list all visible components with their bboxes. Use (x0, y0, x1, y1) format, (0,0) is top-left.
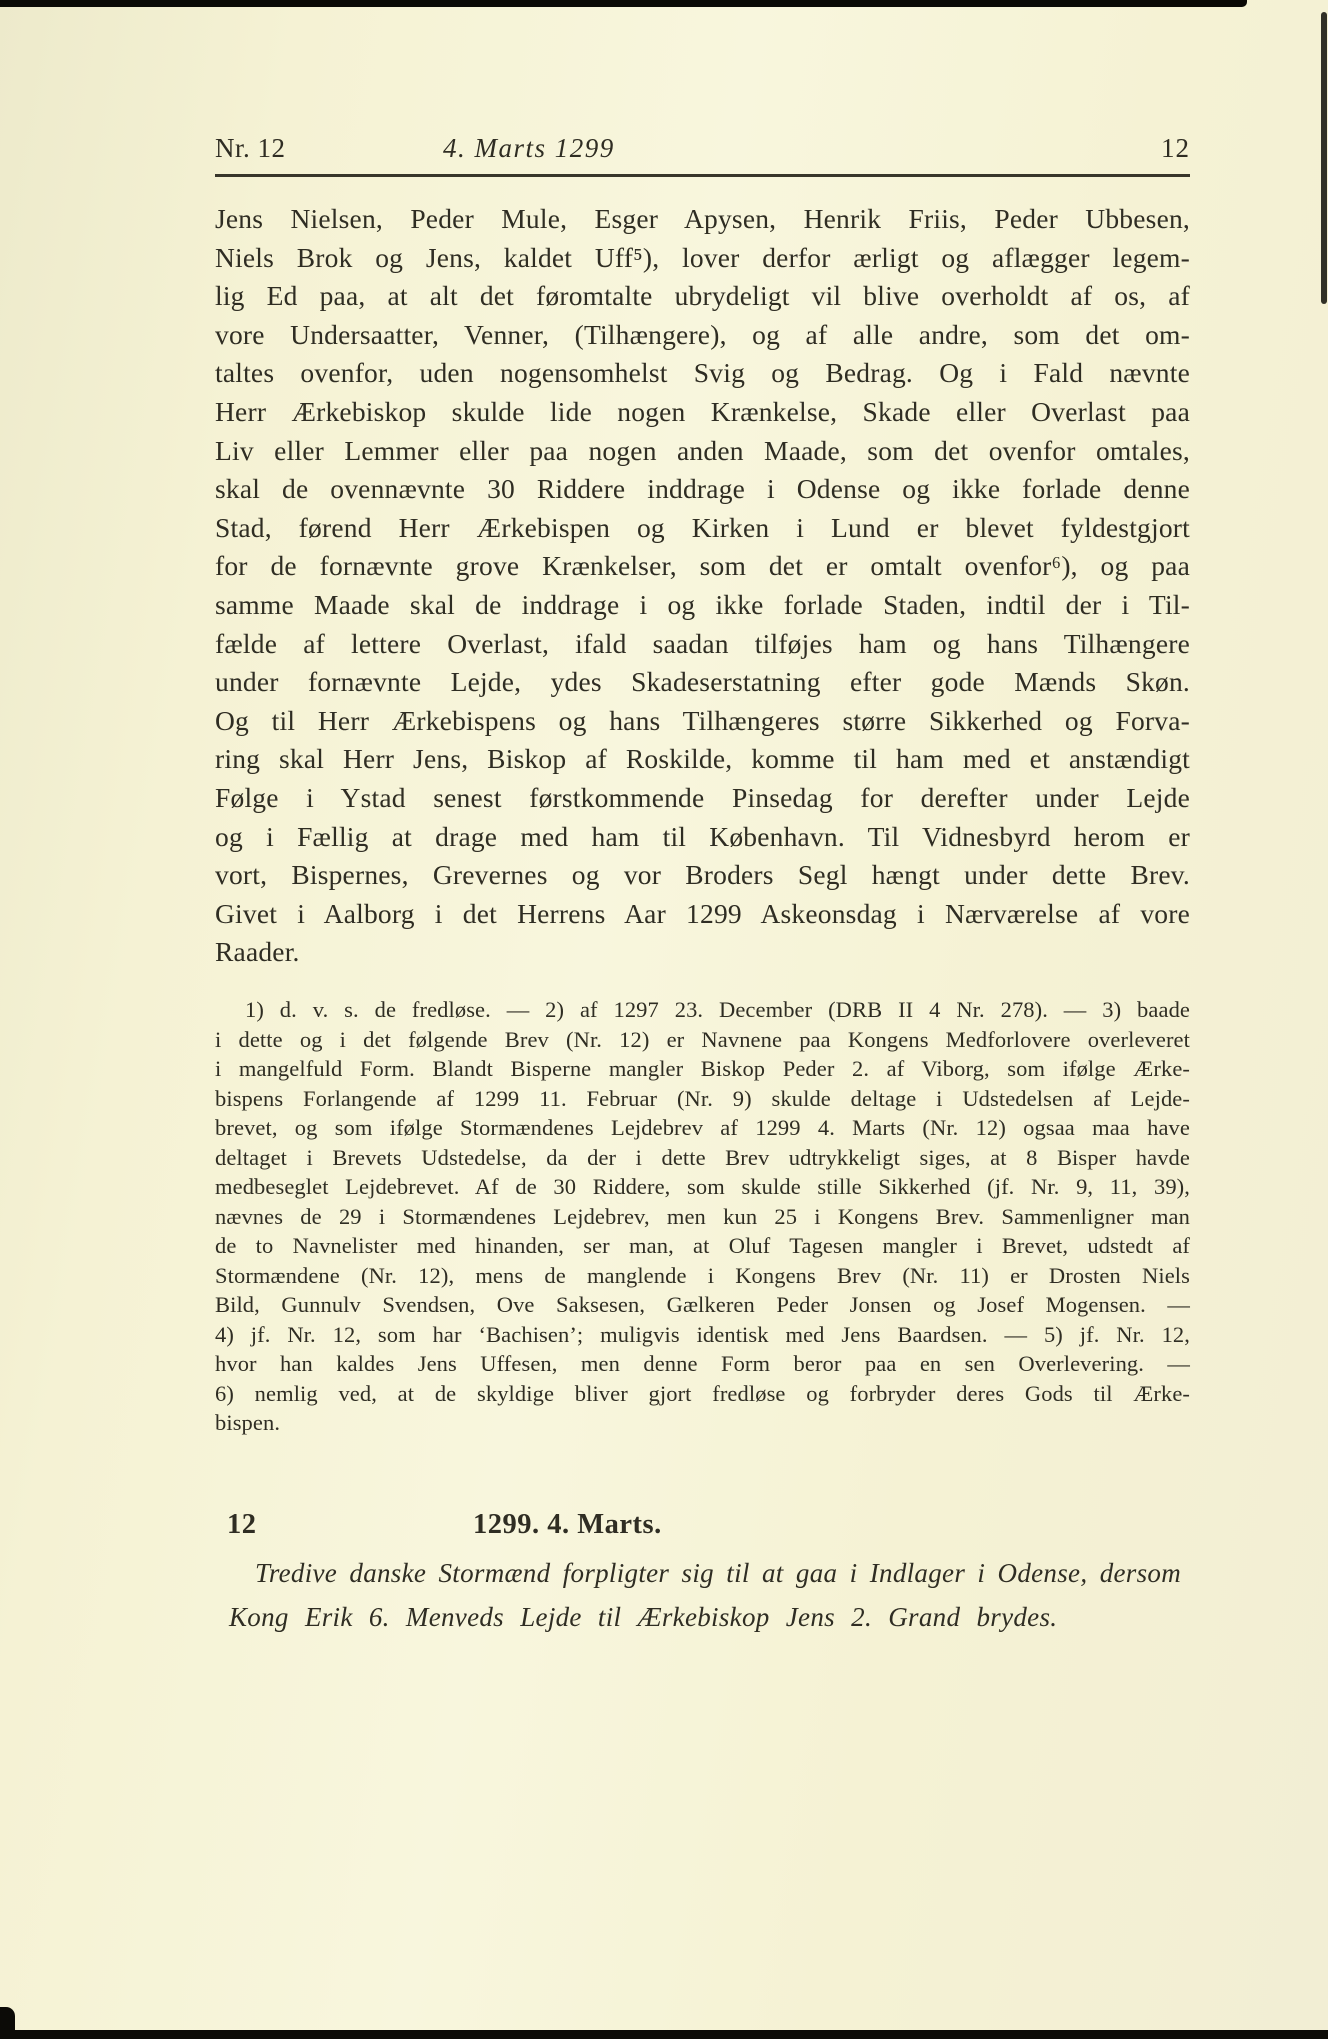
body-line: lig Ed paa, at alt det føromtalte ubryde… (215, 277, 1190, 316)
body-line: Raader. (215, 933, 1190, 972)
footnote-line: deltaget i Brevets Udstedelse, da der i … (215, 1143, 1190, 1173)
footnote-line: bispen. (215, 1408, 1190, 1438)
running-head-date: 4. Marts 1299 (443, 133, 615, 164)
body-line: Stad, førend Herr Ærkebispen og Kirken i… (215, 509, 1190, 548)
body-line: og i Fællig at drage med ham til Københa… (215, 818, 1190, 857)
body-line: Herr Ærkebiskop skulde lide nogen Krænke… (215, 393, 1190, 432)
body-line: Og til Herr Ærkebispens og hans Tilhænge… (215, 702, 1190, 741)
body-line: Givet i Aalborg i det Herrens Aar 1299 A… (215, 895, 1190, 934)
scanned-book-page: Nr. 12 4. Marts 1299 12 Jens Nielsen, Pe… (0, 0, 1328, 2039)
running-head-page-number: 12 (1161, 133, 1190, 164)
footnote-line: Stormændene (Nr. 12), mens de manglende … (215, 1261, 1190, 1291)
body-line: samme Maade skal de inddrage i og ikke f… (215, 586, 1190, 625)
body-line: vore Undersaatter, Venner, (Tilhængere),… (215, 316, 1190, 355)
footnote-line: nævnes de 29 i Stormændenes Lejdebrev, m… (215, 1202, 1190, 1232)
running-head-number: Nr. 12 (215, 133, 286, 164)
entry-heading-row: 12 1299. 4. Marts. (215, 1509, 1190, 1549)
footnote-line: hvor han kaldes Jens Uffesen, men denne … (215, 1349, 1190, 1379)
body-line: taltes ovenfor, uden nogensomhelst Svig … (215, 354, 1190, 393)
footnote-line: i mangelfuld Form. Blandt Bisperne mangl… (215, 1054, 1190, 1084)
footnote-line: 4) jf. Nr. 12, som har ‘Bachisen’; mulig… (215, 1320, 1190, 1350)
header-rule (215, 174, 1190, 177)
scan-edge-right (1321, 12, 1327, 304)
entry-date-heading: 1299. 4. Marts. (473, 1509, 662, 1541)
running-head: Nr. 12 4. Marts 1299 12 (215, 133, 1190, 169)
body-line: skal de ovennævnte 30 Riddere inddrage i… (215, 470, 1190, 509)
summary-line: Kong Erik 6. Menveds Lejde til Ærkebisko… (229, 1596, 1181, 1640)
summary-line: Tredive danske Stormænd forpligter sig t… (229, 1552, 1181, 1596)
body-line: Liv eller Lemmer eller paa nogen anden M… (215, 432, 1190, 471)
body-line: Følge i Ystad senest førstkommende Pinse… (215, 779, 1190, 818)
footnote-line: de to Navnelister med hinanden, ser man,… (215, 1231, 1190, 1261)
footnote-line: bispens Forlangende af 1299 11. Februar … (215, 1084, 1190, 1114)
body-line: fælde af lettere Overlast, ifald saadan … (215, 625, 1190, 664)
text-column: Nr. 12 4. Marts 1299 12 Jens Nielsen, Pe… (215, 0, 1190, 2039)
body-line: Niels Brok og Jens, kaldet Uff⁵), lover … (215, 239, 1190, 278)
footnotes: 1) d. v. s. de fredløse. — 2) af 1297 23… (215, 995, 1190, 1438)
footnote-line: 6) nemlig ved, at de skyldige bliver gjo… (215, 1379, 1190, 1409)
body-line: under fornævnte Lejde, ydes Skadeserstat… (215, 663, 1190, 702)
body-line: vort, Bispernes, Grevernes og vor Broder… (215, 856, 1190, 895)
body-line: Jens Nielsen, Peder Mule, Esger Apysen, … (215, 200, 1190, 239)
document-summary: Tredive danske Stormænd forpligter sig t… (229, 1552, 1181, 1639)
footnote-line: brevet, og som ifølge Stormændenes Lejde… (215, 1113, 1190, 1143)
footnote-line: 1) d. v. s. de fredløse. — 2) af 1297 23… (215, 995, 1190, 1025)
entry-number: 12 (227, 1509, 257, 1541)
document-body-paragraph: Jens Nielsen, Peder Mule, Esger Apysen, … (215, 200, 1190, 972)
body-line: for de fornævnte grove Krænkelser, som d… (215, 547, 1190, 586)
scan-edge-blob (0, 2007, 15, 2039)
body-line: ring skal Herr Jens, Biskop af Roskilde,… (215, 740, 1190, 779)
footnote-line: Bild, Gunnulv Svendsen, Ove Saksesen, Gæ… (215, 1290, 1190, 1320)
footnote-line: medbeseglet Lejdebrevet. Af de 30 Ridder… (215, 1172, 1190, 1202)
footnote-line: i dette og i det følgende Brev (Nr. 12) … (215, 1025, 1190, 1055)
